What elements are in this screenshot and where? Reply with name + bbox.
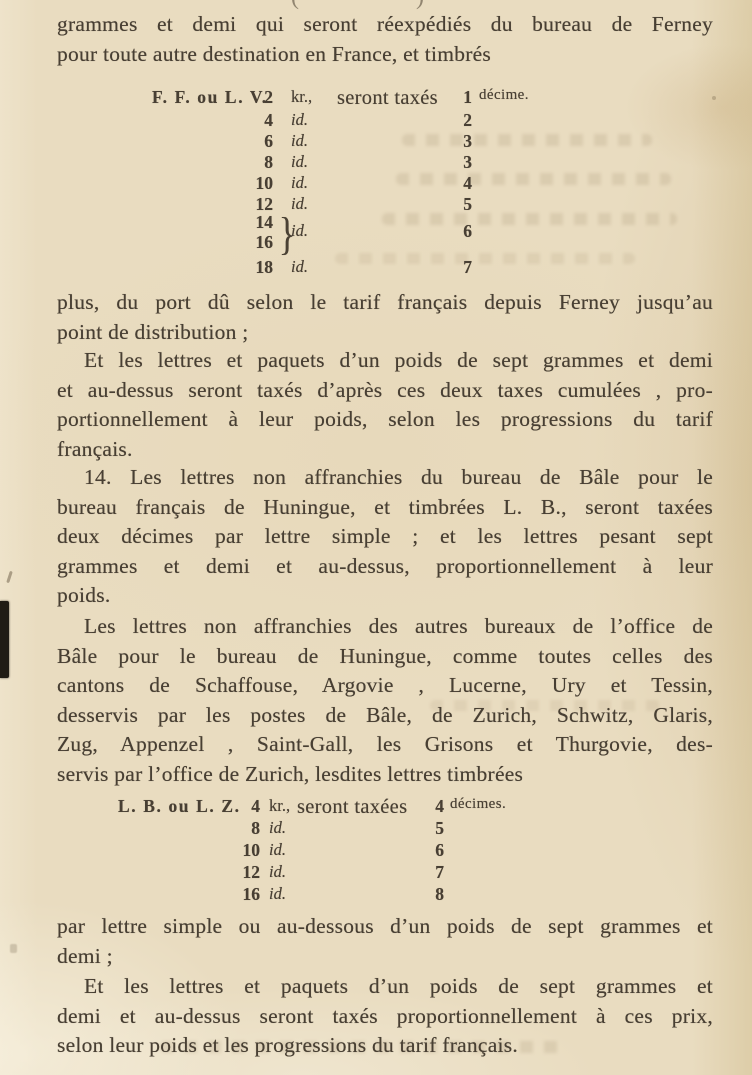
text-line: et au-dessus seront taxés d’après ces de…: [57, 376, 713, 406]
text-line: Et les lettres et paquets d’un poids de …: [57, 972, 713, 1002]
tax-value: 7: [424, 862, 444, 883]
table-row: 16 id. 8: [0, 884, 752, 906]
idem-abbr: id.: [269, 884, 286, 904]
tax-value: 4: [424, 796, 444, 817]
weight-value: 16: [231, 232, 273, 253]
text-line: portionnellement à leur poids, selon les…: [57, 405, 713, 435]
text-line: cantons de Schaffouse, Argovie , Lucerne…: [57, 671, 713, 701]
table-row: 8 id. 3: [0, 152, 752, 174]
text-line: Et les lettres et paquets d’un poids de …: [57, 346, 713, 376]
text-line: français.: [57, 435, 713, 465]
tax-value: 7: [450, 257, 472, 278]
weight-value: 10: [231, 173, 273, 194]
tax-value: 4: [450, 173, 472, 194]
table-row: 8 id. 5: [0, 818, 752, 840]
text-line: par lettre simple ou au-dessous d’un poi…: [57, 912, 713, 942]
tax-phrase: seront taxées: [297, 796, 407, 819]
table-row: 12 id. 7: [0, 862, 752, 884]
table-row: 10 id. 6: [0, 840, 752, 862]
text-line: grammes et demi qui seront réexpédiés du…: [57, 10, 713, 40]
tax-value: 2: [450, 110, 472, 131]
tax-phrase: seront taxés: [337, 87, 438, 110]
idem-abbr: id.: [291, 257, 308, 277]
paragraph-autres-bureaux: Les lettres non affranchies des autres b…: [57, 612, 713, 789]
weight-value: 10: [222, 840, 260, 861]
idem-abbr: id.: [291, 131, 308, 151]
tax-value: 6: [450, 221, 472, 242]
paragraph-port-du: plus, du port dû selon le tarif français…: [57, 288, 713, 347]
weight-value: 14: [231, 212, 273, 233]
weight-value: 2: [231, 87, 273, 108]
paragraph-taxes-cumulees: Et les lettres et paquets d’un poids de …: [57, 346, 713, 464]
text-line: plus, du port dû selon le tarif français…: [57, 288, 713, 318]
tax-value: 6: [424, 840, 444, 861]
idem-abbr: id.: [291, 110, 308, 130]
weight-value: 6: [231, 131, 273, 152]
weight-unit: kr.,: [269, 796, 290, 816]
scanned-document-page: ( ) grammes et demi qui seront réexpédié…: [0, 0, 752, 1075]
table-row: 18 id. 7: [0, 257, 752, 279]
table-row: 6 id. 3: [0, 131, 752, 153]
weight-value: 8: [231, 152, 273, 173]
weight-value: 4: [231, 110, 273, 131]
table-row-header: L. B. ou L. Z. 4 kr., seront taxées 4 dé…: [0, 796, 752, 818]
table-row: 10 id. 4: [0, 173, 752, 195]
text-line: Les lettres non affranchies des autres b…: [57, 612, 713, 642]
weight-value: 8: [222, 818, 260, 839]
weight-value: 4: [222, 796, 260, 817]
tax-unit: décimes.: [450, 796, 506, 813]
weight-value: 18: [231, 257, 273, 278]
text-line: poids.: [57, 581, 713, 611]
ink-speck: [10, 944, 17, 953]
table-row-header: F. F. ou L. V. 2 kr., seront taxés 1 déc…: [0, 87, 752, 109]
idem-abbr: id.: [269, 818, 286, 838]
tax-value: 3: [450, 131, 472, 152]
text-line: deux décimes par lettre simple ; et les …: [57, 522, 713, 552]
paragraph-lettre-simple: par lettre simple ou au-dessous d’un poi…: [57, 912, 713, 971]
weight-value: 12: [222, 862, 260, 883]
weight-value: 16: [222, 884, 260, 905]
text-line: grammes et demi et au-dessus, proportion…: [57, 552, 713, 582]
text-line: selon leur poids et les progressions du …: [57, 1031, 713, 1061]
tax-value: 1: [450, 87, 472, 108]
scan-edge-artifact: [0, 601, 9, 678]
ink-speck: [6, 571, 13, 583]
text-line: demi ;: [57, 942, 713, 972]
tax-value: 8: [424, 884, 444, 905]
text-line: point de distribution ;: [57, 318, 713, 348]
text-line: 14. Les lettres non affranchies du burea…: [57, 463, 713, 493]
text-line: demi et au-dessus seront taxés proportio…: [57, 1002, 713, 1032]
text-line: pour toute autre destination en France, …: [57, 40, 713, 70]
text-line: servis par l’office de Zurich, lesdites …: [57, 760, 713, 790]
idem-abbr: id.: [291, 173, 308, 193]
text-line: Bâle pour le bureau de Huningue, comme t…: [57, 642, 713, 672]
tax-value: 3: [450, 152, 472, 173]
tax-unit: décime.: [479, 87, 529, 104]
paragraph-intro: grammes et demi qui seront réexpédiés du…: [57, 10, 713, 69]
tax-value: 5: [424, 818, 444, 839]
text-line: bureau français de Huningue, et timbrées…: [57, 493, 713, 523]
idem-abbr: id.: [291, 152, 308, 172]
idem-abbr: id.: [269, 862, 286, 882]
idem-abbr: id.: [269, 840, 286, 860]
table-row-group-14-16: 14 16 } id. 6: [0, 210, 752, 258]
text-line: Zug, Appenzel , Saint-Gall, les Grisons …: [57, 730, 713, 760]
table-row: 4 id. 2: [0, 110, 752, 132]
idem-abbr: id.: [291, 221, 308, 241]
paragraph-article-14: 14. Les lettres non affranchies du burea…: [57, 463, 713, 611]
paragraph-final: Et les lettres et paquets d’un poids de …: [57, 972, 713, 1061]
weight-unit: kr.,: [291, 87, 312, 107]
text-line: desservis par les postes de Bâle, de Zur…: [57, 701, 713, 731]
